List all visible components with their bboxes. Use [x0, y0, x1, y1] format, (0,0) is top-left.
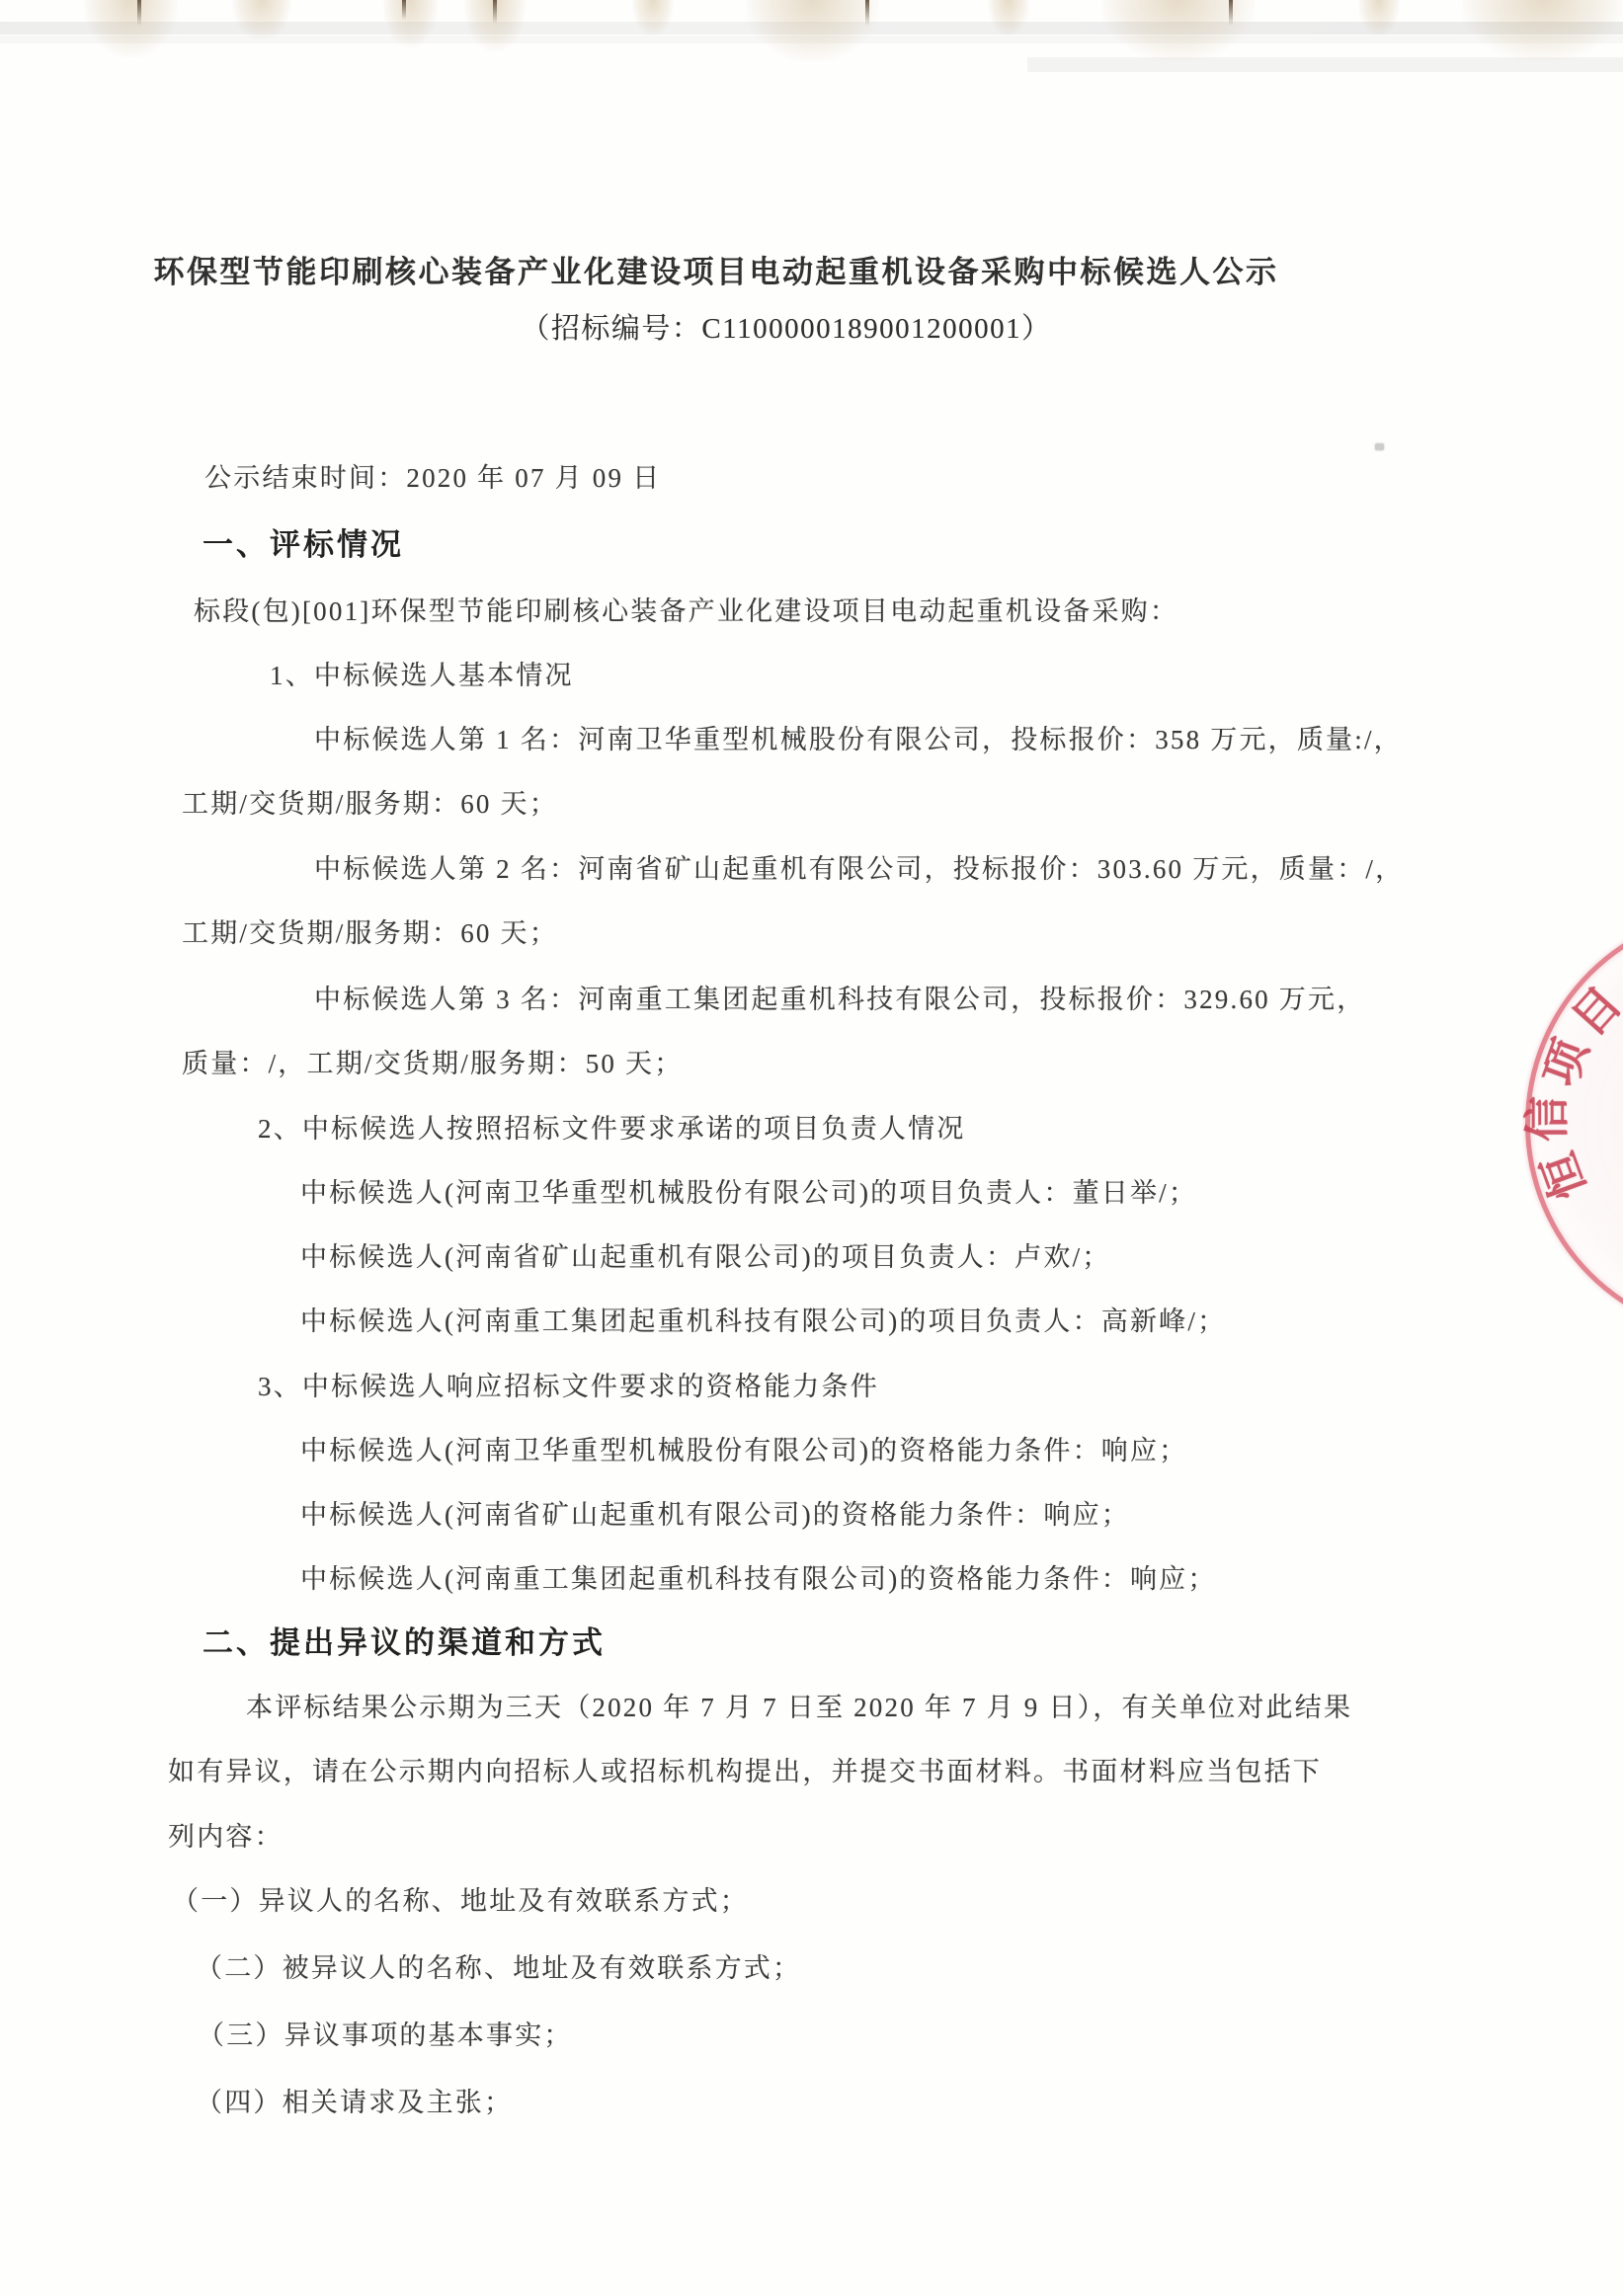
- publicity-end-time: 公示结束时间：2020 年 07 月 09 日: [204, 456, 661, 495]
- project-manager-3: 中标候选人(河南重工集团起重机科技有限公司)的项目负责人：高新峰/；: [300, 1300, 1226, 1338]
- candidate2-line2: 工期/交货期/服务期：60 天；: [182, 911, 558, 950]
- candidate1-line2: 工期/交货期/服务期：60 天；: [182, 782, 558, 821]
- objection-item-2: （二）被异议人的名称、地址及有效联系方式；: [196, 1946, 801, 1985]
- item3-heading: 3、中标候选人响应招标文件要求的资格能力条件: [258, 1365, 879, 1403]
- candidate2-line1: 中标候选人第 2 名：河南省矿山起重机有限公司，投标报价：303.60 万元，质…: [314, 847, 1404, 886]
- objection-item-4: （四）相关请求及主张；: [196, 2081, 513, 2119]
- scan-tick-mark: [402, 0, 406, 20]
- scan-tick-mark: [865, 0, 869, 26]
- objection-period-line3: 列内容：: [168, 1815, 284, 1854]
- objection-period-line2: 如有异议，请在公示期内向招标人或招标机构提出，并提交书面材料。书面材料应当包括下: [168, 1750, 1322, 1788]
- scan-speck: [1375, 443, 1384, 450]
- scanned-document-page: { "doc": { "title": "环保型节能印刷核心装备产业化建设项目电…: [0, 0, 1623, 2296]
- scan-tick-mark: [493, 0, 497, 24]
- lot-description: 标段(包)[001]环保型节能印刷核心装备产业化建设项目电动起重机设备采购：: [194, 590, 1178, 628]
- scan-smudge: [1462, 0, 1623, 61]
- qualification-1: 中标候选人(河南卫华重型机械股份有限公司)的资格能力条件：响应；: [300, 1429, 1187, 1467]
- item1-heading: 1、中标候选人基本情况: [270, 654, 574, 692]
- seal-character: 信: [1511, 1096, 1577, 1142]
- project-manager-1: 中标候选人(河南卫华重型机械股份有限公司)的项目负责人：董日举/；: [300, 1171, 1197, 1210]
- scan-smudge: [988, 0, 1029, 36]
- project-manager-2: 中标候选人(河南省矿山起重机有限公司)的项目负责人：卢欢/；: [300, 1235, 1110, 1274]
- scan-smudge: [232, 0, 291, 40]
- document-title: 环保型节能印刷核心装备产业化建设项目电动起重机设备采购中标候选人公示: [154, 247, 1279, 291]
- scan-smudge: [632, 0, 674, 36]
- scan-tick-mark: [137, 0, 141, 26]
- tender-number: （招标编号：C1100000189001200001）: [521, 306, 1051, 347]
- scan-smudge: [746, 0, 879, 61]
- qualification-2: 中标候选人(河南省矿山起重机有限公司)的资格能力条件：响应；: [300, 1493, 1130, 1532]
- objection-item-3: （三）异议事项的基本事实；: [198, 2014, 573, 2052]
- scan-smudge: [84, 0, 178, 57]
- candidate3-line2: 质量：/，工期/交货期/服务期：50 天；: [182, 1042, 683, 1080]
- section1-heading: 一、评标情况: [203, 519, 404, 564]
- scan-tick-mark: [1229, 0, 1233, 26]
- candidate3-line1: 中标候选人第 3 名：河南重工集团起重机科技有限公司，投标报价：329.60 万…: [314, 978, 1365, 1016]
- item2-heading: 2、中标候选人按照招标文件要求承诺的项目负责人情况: [258, 1107, 966, 1146]
- candidate1-line1: 中标候选人第 1 名：河南卫华重型机械股份有限公司，投标报价：358 万元，质量…: [314, 718, 1403, 756]
- qualification-3: 中标候选人(河南重工集团起重机科技有限公司)的资格能力条件：响应；: [300, 1557, 1217, 1596]
- scan-smudge: [1358, 0, 1400, 36]
- section2-heading: 二、提出异议的渠道和方式: [203, 1618, 606, 1662]
- scan-smudge: [383, 0, 438, 47]
- objection-period-line1: 本评标结果公示期为三天（2020 年 7 月 7 日至 2020 年 7 月 9…: [246, 1686, 1352, 1724]
- objection-item-1: （一）异议人的名称、地址及有效联系方式；: [172, 1879, 749, 1918]
